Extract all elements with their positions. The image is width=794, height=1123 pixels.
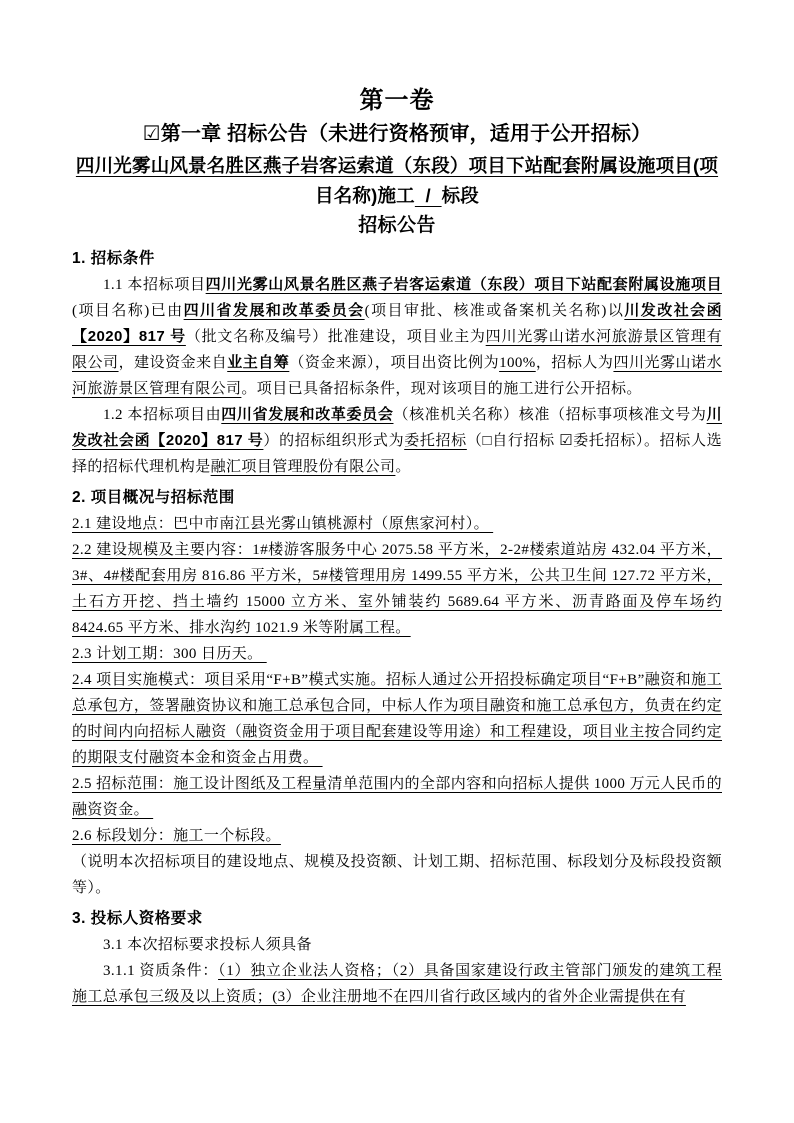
chapter-heading-text: 第一章 招标公告（未进行资格预审，适用于公开招标）: [161, 123, 652, 145]
project-title-line-1: 四川光雾山风景名胜区燕子岩客运索道（东段）项目下站配套附属设施项目(项: [72, 151, 722, 181]
planned-duration-value: 2.3 计划工期：300 日历天。: [72, 646, 267, 662]
checkbox-unchecked-icon: □: [482, 433, 492, 449]
funding-intro-text: ，建设资金来自: [119, 355, 228, 371]
para-3-1-1: 3.1.1 资质条件：（1）独立企业法人资格；（2）具备国家建设行政主管部门颁发…: [72, 958, 722, 1010]
option-self-tender-label: 自行招标: [492, 433, 559, 449]
section-3-heading: 3. 投标人资格要求: [72, 906, 722, 932]
approval-authority-label: （核准机关名称）核准（招标事项核准文号为: [393, 407, 706, 423]
para-2-5: 2.5 招标范围：施工设计图纸及工程量清单范围内的全部内容和向招标人提供 100…: [72, 771, 722, 823]
qualification-label: 3.1.1 资质条件：: [103, 963, 218, 979]
para-2-3: 2.3 计划工期：300 日历天。: [72, 641, 722, 667]
announcement-heading: 招标公告: [72, 211, 722, 241]
section-number-blank: /: [415, 185, 442, 206]
tender-scope-value: 2.5 招标范围：施工设计图纸及工程量清单范围内的全部内容和向招标人提供 100…: [72, 776, 722, 818]
para-note: （说明本次招标项目的建设地点、规模及投资额、计划工期、招标范围、标段划分及标段投…: [72, 849, 722, 901]
org-form-intro-text: ）的招标组织形式为: [263, 433, 404, 449]
document-page: 第一卷☑第一章 招标公告（未进行资格预审，适用于公开招标）四川光雾山风景名胜区燕…: [0, 0, 794, 1123]
para-1-2: 1.2 本招标项目由四川省发展和改革委员会（核准机关名称）核准（招标事项核准文号…: [72, 402, 722, 480]
tenderer-intro-text: ，招标人为: [536, 355, 614, 371]
para-2-6: 2.6 标段划分：施工一个标段。: [72, 823, 722, 849]
section-division-value: 2.6 标段划分：施工一个标段。: [72, 828, 281, 844]
options-open-paren: （: [467, 433, 483, 449]
project-name-value: 四川光雾山风景名胜区燕子岩客运索道（东段）项目下站配套附属设施项目: [206, 276, 722, 293]
funding-source-value: 业主自筹: [227, 354, 289, 371]
para-3-1: 3.1 本次招标要求投标人须具备: [72, 932, 722, 958]
agency-name-value: 融汇项目管理股份有限公司: [211, 459, 396, 475]
construction-scale-value: 2.2 建设规模及主要内容：1#楼游客服务中心 2075.58 平方米，2-2#…: [72, 542, 722, 636]
para-1-1: 1.1 本招标项目四川光雾山风景名胜区燕子岩客运索道（东段）项目下站配套附属设施…: [72, 272, 722, 402]
para-2-4: 2.4 项目实施模式：项目采用“F+B”模式实施。招标人通过公开招投标确定项目“…: [72, 667, 722, 771]
org-form-value: 委托招标: [404, 433, 467, 449]
implementation-mode-value: 2.4 项目实施模式：项目采用“F+B”模式实施。招标人通过公开招投标确定项目“…: [72, 672, 722, 766]
para-2-1: 2.1 建设地点：巴中市南江县光雾山镇桃源村（原焦家河村）。: [72, 511, 722, 537]
note-text: （说明本次招标项目的建设地点、规模及投资额、计划工期、招标范围、标段划分及标段投…: [72, 854, 722, 896]
section-2-heading: 2. 项目概况与招标范围: [72, 485, 722, 511]
checkbox-checked-icon: ☑: [143, 123, 161, 145]
section-2-heading-text: 2. 项目概况与招标范围: [72, 489, 235, 506]
project-name-label: (项目名称)已由: [72, 303, 184, 319]
section-3-heading-text: 3. 投标人资格要求: [72, 910, 203, 927]
approval-authority-value: 四川省发展和改革委员会: [221, 406, 393, 423]
announcement-heading-text: 招标公告: [358, 215, 436, 236]
checkbox-checked-icon: ☑: [559, 433, 573, 449]
section-suffix-text: 标段: [442, 185, 479, 206]
volume-title-text: 第一卷: [360, 87, 435, 114]
chapter-heading: ☑第一章 招标公告（未进行资格预审，适用于公开招标）: [72, 118, 722, 151]
section-1-heading: 1. 招标条件: [72, 246, 722, 272]
document-content: 第一卷☑第一章 招标公告（未进行资格预审，适用于公开招标）四川光雾山风景名胜区燕…: [72, 84, 722, 1010]
approval-doc-label: （批文名称及编号）批准建设，项目业主为: [186, 329, 486, 345]
approval-authority-label: (项目审批、核准或备案机关名称)以: [365, 303, 625, 319]
para-1-1-intro-text: 1.1 本招标项目: [103, 277, 206, 293]
construction-site-value: 2.1 建设地点：巴中市南江县光雾山镇桃源村（原焦家河村）。: [72, 516, 493, 532]
para-1-2-closing-text: 。: [395, 459, 410, 475]
project-name-continued-text: 目名称)施工: [315, 185, 415, 206]
funding-ratio-value: 100%: [499, 355, 536, 371]
volume-title: 第一卷: [72, 84, 722, 118]
project-title-line-2: 目名称)施工 / 标段: [72, 181, 722, 211]
para-1-2-intro-text: 1.2 本招标项目由: [103, 407, 221, 423]
section-1-heading-text: 1. 招标条件: [72, 250, 155, 267]
para-1-1-closing-text: 。项目已具备招标条件，现对该项目的施工进行公开招标。: [241, 381, 641, 397]
approval-authority-value: 四川省发展和改革委员会: [184, 302, 365, 319]
project-name-text: 四川光雾山风景名胜区燕子岩客运索道（东段）项目下站配套附属设施项目(项: [76, 155, 718, 176]
funding-label-text: （资金来源），项目出资比例为: [289, 355, 499, 371]
para-3-1-text: 3.1 本次招标要求投标人须具备: [103, 937, 312, 953]
para-2-2: 2.2 建设规模及主要内容：1#楼游客服务中心 2075.58 平方米，2-2#…: [72, 537, 722, 641]
